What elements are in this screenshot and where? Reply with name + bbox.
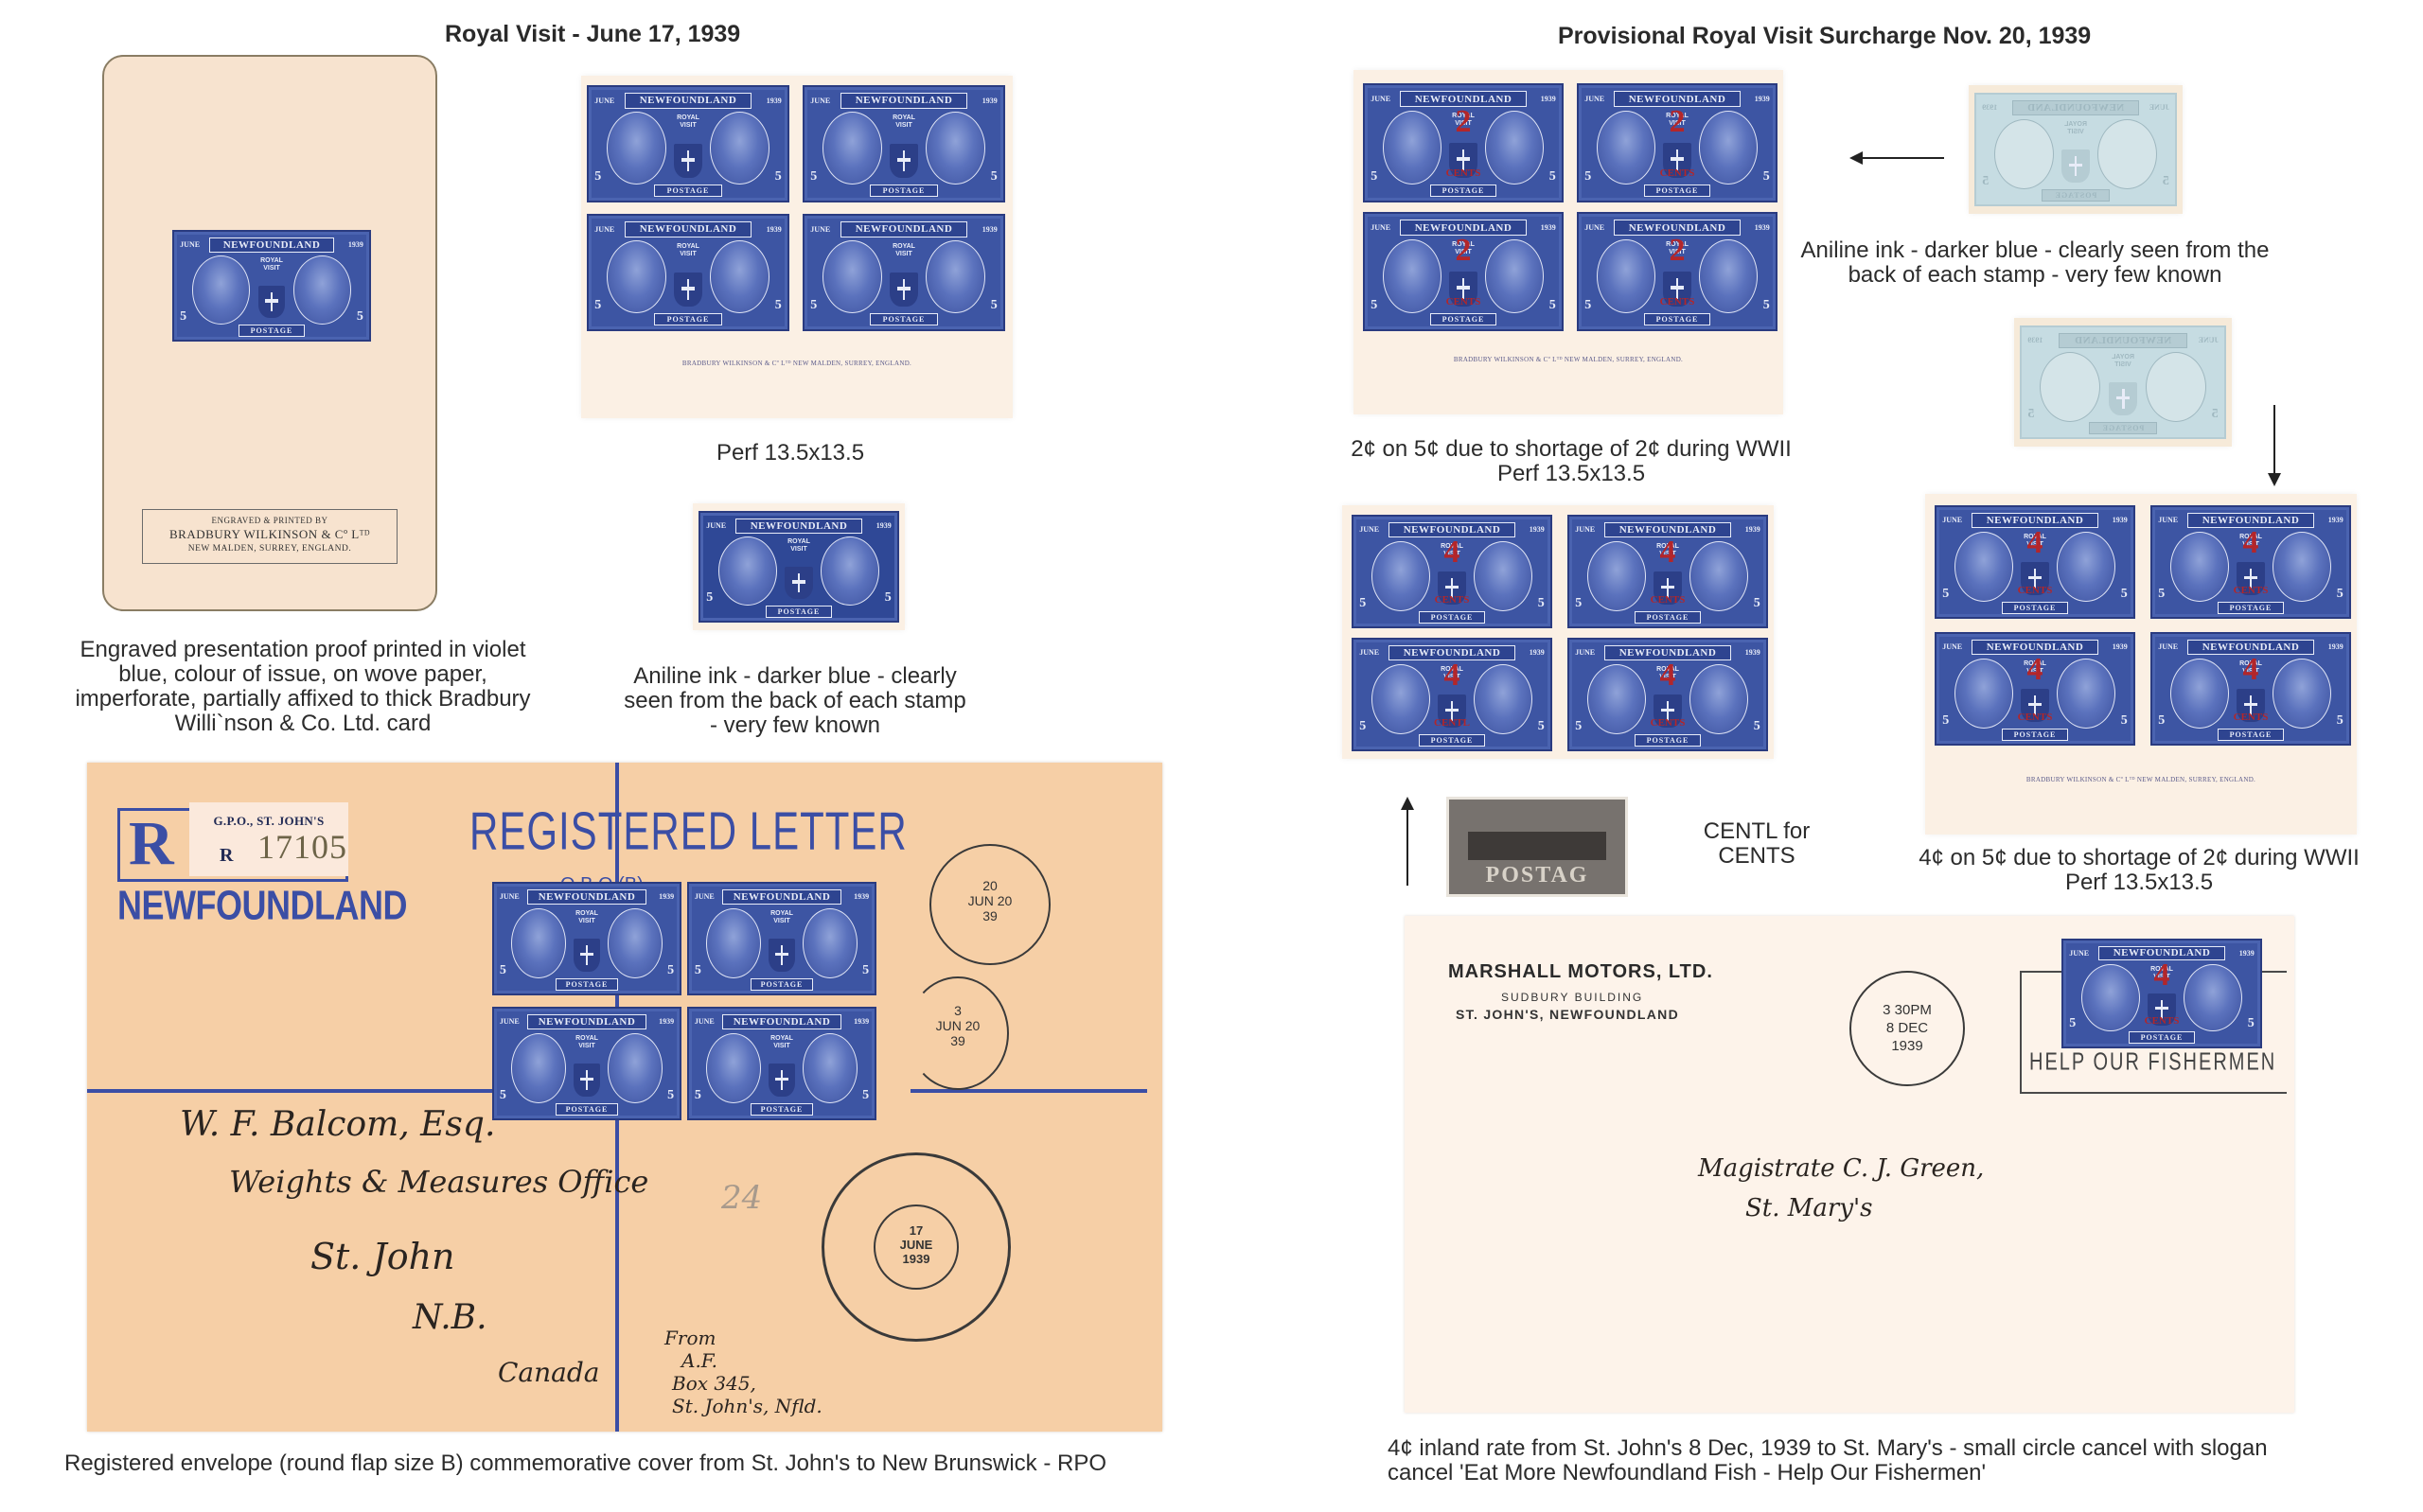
king-portrait [710,240,769,313]
coat-of-arms-icon [574,1064,599,1097]
plate-imprint: BRADBURY WILKINSON & Cº Lᵀᴰ NEW MALDEN, … [581,360,1013,367]
stamp-royal-visit: ROYALVISIT [668,243,708,258]
stamp-month: JUNE [695,892,715,901]
stamp: NEWFOUNDLANDJUNE1939ROYALVISITPOSTAGE554… [1567,638,1768,751]
stamp-postage: POSTAGE [556,1103,619,1116]
stamp-postage: POSTAGE [2002,602,2069,614]
stamp: NEWFOUNDLANDJUNE1939ROYALVISITPOSTAGE552… [1577,212,1777,331]
surcharge-word: CENTS [1635,594,1702,606]
stamp-year: 1939 [1530,648,1545,657]
stamp-year: 1939 [854,892,869,901]
stamp-country: NEWFOUNDLAND [527,889,646,905]
plate-block-4c-surcharge: NEWFOUNDLANDJUNE1939ROYALVISITPOSTAGE554… [1925,494,2357,835]
stamp-year: 1939 [1745,648,1760,657]
envelope-country: NEWFOUNDLAND [117,882,407,929]
coat-of-arms-icon [2109,382,2137,415]
stamp-year: 1939 [1755,223,1770,232]
stamp-postage: POSTAGE [870,313,937,325]
surcharge-word: CENTS [1430,167,1497,179]
stamp-value: 5 [1942,587,1949,602]
stamp-year: 1939 [348,240,363,249]
king-portrait [926,112,985,185]
stamp-country: NEWFOUNDLAND [2059,333,2188,348]
king-portrait [2040,352,2100,422]
stamp-value: 5 [2027,407,2034,422]
king-portrait [926,240,985,313]
stamp-value: 5 [1371,298,1377,313]
plate-block-2c-surcharge: NEWFOUNDLANDJUNE1939ROYALVISITPOSTAGE552… [1353,70,1783,414]
stamp-year: 1939 [1541,223,1556,232]
queen-portrait [706,1033,762,1103]
stamp-month: JUNE [1942,642,1962,651]
stamp: NEWFOUNDLANDJUNE1939ROYALVISITPOSTAGE554… [2150,505,2351,619]
sender-city: ST. JOHN'S, NEWFOUNDLAND [1456,1007,1679,1022]
stamp-country: NEWFOUNDLAND [840,93,967,109]
stamp-value: 5 [2248,1016,2255,1031]
stamp-postage: POSTAGE [2002,729,2069,741]
stamp-year: 1939 [1530,525,1545,534]
queen-portrait [2146,352,2206,422]
stamp-month: JUNE [706,521,726,530]
stamp: NEWFOUNDLANDJUNE1939ROYALVISITPOSTAGE55 [687,1007,876,1120]
king-portrait [608,908,663,978]
stamp-postage: POSTAGE [1635,611,1702,624]
stamp-year: 1939 [2328,516,2343,524]
stamp-year: 1939 [659,1017,674,1026]
stamp-postage: POSTAGE [556,978,619,991]
centl-error-enlargement: POSTAG [1446,797,1628,897]
stamp-country: NEWFOUNDLAND [840,221,967,237]
stamp-month: JUNE [594,97,614,105]
stamp-royal-visit: ROYALVISIT [2056,121,2096,136]
king-portrait [710,112,769,185]
block-4c-centl-error: NEWFOUNDLANDJUNE1939ROYALVISITPOSTAGE554… [1342,505,1774,759]
stamp-country: NEWFOUNDLAND [735,519,861,534]
aniline-stamp-back: NEWFOUNDLANDJUNE1939ROYALVISITPOSTAGE55 [1969,85,2183,214]
stamp-value: 5 [1549,298,1556,313]
stamp-value: 5 [1538,596,1545,611]
section-title-surcharge: Provisional Royal Visit Surcharge Nov. 2… [1558,23,2091,50]
centl-overprint-detail [1468,832,1606,860]
stamp-month: JUNE [810,97,830,105]
stamp-month: JUNE [500,892,520,901]
stamp-postage: POSTAGE [1430,313,1497,325]
block-2c-caption: 2¢ on 5¢ due to shortage of 2¢ during WW… [1306,437,1836,486]
address-line: N.B. [413,1298,487,1337]
stamp-month: JUNE [1575,525,1595,534]
stamp-value: 5 [1371,169,1377,185]
stamp-value: 5 [2121,713,2128,729]
stamp-value: 5 [500,1088,506,1103]
stamp-month: JUNE [1575,648,1595,657]
stamp: NEWFOUNDLANDJUNE1939ROYALVISITPOSTAGE55 [587,214,789,331]
stamp-value: 5 [2337,713,2343,729]
surcharge-value: 4 [2015,654,2055,686]
stamp-month: JUNE [1359,648,1379,657]
stamp: NEWFOUNDLANDJUNE1939ROYALVISITPOSTAGE554… [1567,515,1768,628]
stamp: NEWFOUNDLANDJUNE1939ROYALVISITPOSTAGE554… [2150,632,2351,746]
stamp-value: 5 [695,963,701,978]
stamp-royal-visit: ROYALVISIT [668,114,708,130]
stamp-month: JUNE [1371,95,1390,103]
stamp-year: 1939 [2027,336,2043,344]
stamp-postage: POSTAGE [2218,729,2285,741]
stamp-centl-error: NEWFOUNDLANDJUNE1939ROYALVISITPOSTAGE554… [1352,638,1552,751]
enlargement-postage-text: POSTAG [1449,863,1625,888]
imprint-line-3: NEW MALDEN, SURREY, ENGLAND. [143,544,397,554]
stamp-year: 1939 [2113,516,2128,524]
stamp-postage: POSTAGE [2129,1031,2196,1043]
stamp: NEWFOUNDLANDJUNE1939ROYALVISITPOSTAGE554… [1352,515,1552,628]
stamp-postage: POSTAGE [1635,734,1702,747]
surcharge-value: 4 [1648,659,1688,692]
surcharge-value: 2 [1657,106,1697,138]
stamp-value: 5 [991,298,998,313]
address-line: Canada [498,1357,599,1388]
stamp-postage: POSTAGE [870,185,937,197]
commemorative-cancel-inner: 17 JUNE 1939 [874,1204,959,1290]
aniline-stamp-back: NEWFOUNDLANDJUNE1939ROYALVISITPOSTAGE55 [2014,318,2232,447]
stamp-year: 1939 [1745,525,1760,534]
stamp-royal-visit: ROYALVISIT [568,910,605,925]
coat-of-arms-icon [769,939,794,972]
envelope-rule-horizontal [87,1089,522,1093]
surcharge-value: 2 [1443,235,1483,267]
recipient-line: St. Mary's [1745,1194,1873,1222]
surcharge-word: CENTS [1430,296,1497,308]
stamp-royal-visit: ROYALVISIT [779,538,819,554]
stamp-postage: POSTAGE [1419,734,1486,747]
stamp-year: 1939 [1982,103,1997,112]
coat-of-arms-icon [890,273,917,307]
stamp-value: 5 [1575,596,1582,611]
stamp-value: 5 [1359,719,1366,734]
imprint-line-2: BRADBURY WILKINSON & Cº Lᵀᴰ [143,527,397,542]
stamp-value: 5 [2069,1016,2076,1031]
stamp-month: JUNE [2158,516,2178,524]
coat-of-arms-icon [258,286,286,318]
presentation-proof-card: NEWFOUNDLANDJUNE1939ROYALVISITPOSTAGE55 … [102,55,437,611]
stamp-back: NEWFOUNDLANDJUNE1939ROYALVISITPOSTAGE55 [2020,325,2226,439]
postmark-st-johns: 3 30PM 8 DEC 1939 [1849,971,1965,1086]
pencil-note: 24 [721,1179,762,1217]
stamp-postage: POSTAGE [1644,185,1711,197]
surcharge-value: 4 [2142,959,2182,992]
stamp-month: JUNE [1942,516,1962,524]
coat-of-arms-icon [2061,149,2089,183]
envelope-rule-horizontal [911,1089,1147,1093]
stamp-postage: POSTAGE [1419,611,1486,624]
stamp-value: 5 [2158,713,2165,729]
stamp: NEWFOUNDLANDJUNE1939ROYALVISITPOSTAGE554… [1935,505,2135,619]
surcharge-word: CENTS [2129,1015,2196,1027]
stamp-value: 5 [1982,174,1989,189]
stamp-year: 1939 [876,521,892,530]
queen-portrait [607,112,666,185]
stamp-royal-visit: ROYALVISIT [568,1035,605,1050]
stamp-postage: POSTAGE [2218,602,2285,614]
stamp-royal-visit: ROYALVISIT [252,257,291,273]
surcharge-value: 4 [2231,654,2271,686]
imprint-line-1: ENGRAVED & PRINTED BY [143,516,397,525]
stamp-value: 5 [1584,298,1591,313]
stamp-month: JUNE [1584,223,1604,232]
stamp-postage: POSTAGE [2089,422,2158,434]
coat-of-arms-icon [890,144,917,178]
queen-portrait [511,908,567,978]
aniline-single-caption: Aniline ink - darker blue - clearly seen… [606,664,984,738]
stamp-value: 5 [1942,713,1949,729]
surcharge-word: CENTS [2002,585,2069,596]
stamp-back: NEWFOUNDLANDJUNE1939ROYALVISITPOSTAGE55 [1974,93,2177,206]
stamp-month: JUNE [1371,223,1390,232]
stamp-value: 5 [706,590,713,606]
stamp-month: JUNE [1359,525,1379,534]
stamp-value: 5 [594,169,601,185]
stamp-postage: POSTAGE [2042,189,2109,202]
queen-portrait [822,240,882,313]
stamp-month: JUNE [2158,642,2178,651]
stamp-value: 5 [2337,587,2343,602]
king-portrait [821,536,879,606]
stamp-country: NEWFOUNDLAND [527,1014,646,1029]
sender-company: MARSHALL MOTORS, LTD. [1448,961,1713,983]
stamp-postage: POSTAGE [1644,313,1711,325]
queen-portrait [511,1033,567,1103]
stamp-value: 5 [991,169,998,185]
surcharge-value: 4 [1648,536,1688,569]
stamp-postage: POSTAGE [751,1103,814,1116]
surcharge-word: CENTS [2218,585,2285,596]
stamp-country: NEWFOUNDLAND [722,1014,840,1029]
registered-cover-caption: Registered envelope (round flap size B) … [64,1451,1200,1476]
stamp-value: 5 [775,169,782,185]
surcharge-word: CENTS [1635,717,1702,729]
stamp: NEWFOUNDLANDJUNE1939ROYALVISITPOSTAGE55 [687,882,876,995]
stamp-value: 5 [2163,174,2169,189]
registration-big-r: R [129,813,174,875]
stamp-value: 5 [862,1088,869,1103]
stamp: NEWFOUNDLANDJUNE1939ROYALVISITPOSTAGE552… [1363,212,1564,331]
arrow-left-icon [1861,157,1944,159]
plate-imprint: BRADBURY WILKINSON & Cº Lᵀᴰ NEW MALDEN, … [1925,776,2357,783]
stamp-postage: POSTAGE [766,606,833,618]
stamp: NEWFOUNDLANDJUNE1939ROYALVISITPOSTAGE554… [1935,632,2135,746]
registration-number: 17105 [257,827,347,867]
king-portrait [803,1033,858,1103]
arrow-down-icon [2273,405,2275,475]
queen-portrait [706,908,762,978]
postmark-saint-john: 20 JUN 20 39 [929,844,1051,965]
stamp-country: NEWFOUNDLAND [722,889,840,905]
stamp-month: JUNE [2069,949,2089,958]
commemorative-cancel: 17 JUNE 1939 [822,1152,1011,1342]
coat-of-arms-icon [574,939,599,972]
stamp-year: 1939 [659,892,674,901]
address-line: W. F. Balcom, Esq. [180,1105,495,1144]
queen-portrait [192,255,251,325]
stamp-year: 1939 [767,225,782,234]
printer-imprint-box: ENGRAVED & PRINTED BY BRADBURY WILKINSON… [142,509,398,564]
surcharge-value: 2 [1657,235,1697,267]
stamp-value: 5 [1763,169,1770,185]
stamp-value: 5 [1549,169,1556,185]
stamp: NEWFOUNDLANDJUNE1939ROYALVISITPOSTAGE554… [2061,939,2262,1048]
stamp-postage: POSTAGE [239,325,305,337]
plate-imprint: BRADBURY WILKINSON & Cº Lᵀᴰ NEW MALDEN, … [1353,356,1783,363]
stamp-postage: POSTAGE [751,978,814,991]
stamp-value: 5 [1359,596,1366,611]
stamp-postage: POSTAGE [1430,185,1497,197]
address-line: Weights & Measures Office [229,1164,648,1200]
surcharge-word: CENTS [2002,712,2069,723]
stamp-value: 5 [594,298,601,313]
surcharge-word: CENTS [1644,296,1711,308]
sender-building: SUDBURY BUILDING [1501,991,1643,1004]
king-portrait [803,908,858,978]
queen-portrait [822,112,882,185]
stamp-year: 1939 [2239,949,2255,958]
aniline-single-stamp: NEWFOUNDLANDJUNE1939ROYALVISITPOSTAGE55 [693,503,905,630]
stamp-value: 5 [775,298,782,313]
stamp-country: NEWFOUNDLAND [625,93,752,109]
postmark-halifax-rpo: 3 JUN 20 39 [907,976,1009,1090]
stamp-year: 1939 [982,225,998,234]
surcharge-value: 2 [1443,106,1483,138]
queen-portrait [607,240,666,313]
return-address: From A.F. Box 345, St. John's, Nfld. [664,1327,822,1417]
stamp: NEWFOUNDLANDJUNE1939ROYALVISITPOSTAGE55 [803,214,1005,331]
king-portrait [293,255,352,325]
proof-caption: Engraved presentation proof printed in v… [57,638,549,736]
stamp-value: 5 [1754,596,1760,611]
proof-stamp: NEWFOUNDLANDJUNE1939ROYALVISITPOSTAGE55 [172,230,371,342]
block-4c-caption: 4¢ on 5¢ due to shortage of 2¢ during WW… [1884,846,2395,895]
stamp-year: 1939 [1755,95,1770,103]
stamp-value: 5 [695,1088,701,1103]
plate-block-5c: NEWFOUNDLANDJUNE1939ROYALVISITPOSTAGE55 … [581,76,1013,418]
stamp-value: 5 [180,309,186,325]
stamp-value: 5 [2121,587,2128,602]
stamp-year: 1939 [982,97,998,105]
stamp-value: 5 [2158,587,2165,602]
coat-of-arms-icon [769,1064,794,1097]
registered-envelope: R G.P.O., ST. JOHN'S R 17105 NEWFOUNDLAN… [87,763,1162,1432]
slogan-cancel-text: HELP OUR FISHERMEN [2029,1049,2276,1078]
stamp-month: JUNE [2199,336,2219,344]
stamp-royal-visit: ROYALVISIT [763,1035,800,1050]
registration-label: G.P.O., ST. JOHN'S R 17105 [189,802,348,876]
stamp: NEWFOUNDLANDJUNE1939ROYALVISITPOSTAGE55 [492,882,681,995]
marshall-cover-caption: 4¢ inland rate from St. John's 8 Dec, 19… [1388,1436,2410,1486]
stamp-value: 5 [862,963,869,978]
stamp-year: 1939 [2328,642,2343,651]
stamp-value: 5 [357,309,363,325]
stamp-value: 5 [1584,169,1591,185]
surcharge-error-word: CENTL [1419,717,1486,729]
stamp-value: 5 [667,963,674,978]
stamp-royal-visit: ROYALVISIT [763,910,800,925]
stamp-postage: POSTAGE [654,185,721,197]
king-portrait [1994,119,2054,189]
stamp-year: 1939 [1541,95,1556,103]
stamp-month: JUNE [594,225,614,234]
stamp-value: 5 [1763,298,1770,313]
surcharge-value: 4 [1432,659,1472,692]
stamp-value: 5 [2212,407,2219,422]
address-line: St. John [310,1236,455,1277]
stamp-value: 5 [1538,719,1545,734]
surcharge-value: 4 [2015,527,2055,559]
stamp-month: JUNE [695,1017,715,1026]
stamp: NEWFOUNDLANDJUNE1939ROYALVISITPOSTAGE55 [492,1007,681,1120]
stamp-royal-visit: ROYALVISIT [2103,354,2144,369]
stamp-month: JUNE [500,1017,520,1026]
stamp-royal-visit: ROYALVISIT [884,243,924,258]
stamp-country: NEWFOUNDLAND [2012,100,2139,115]
aniline-backs-caption: Aniline ink - darker blue - clearly seen… [1789,238,2281,288]
stamp: NEWFOUNDLANDJUNE1939ROYALVISITPOSTAGE55 [587,85,789,202]
stamp-year: 1939 [2113,642,2128,651]
arrow-up-icon [1406,808,1408,886]
stamp-value: 5 [810,298,817,313]
registration-r: R [220,845,233,867]
stamp-month: JUNE [1584,95,1604,103]
section-title-royal-visit: Royal Visit - June 17, 1939 [445,21,740,48]
stamp-royal-visit: ROYALVISIT [884,114,924,130]
stamp: NEWFOUNDLANDJUNE1939ROYALVISITPOSTAGE552… [1363,83,1564,202]
stamp-value: 5 [500,963,506,978]
surcharge-word: CENTS [1419,594,1486,606]
stamp-value: 5 [810,169,817,185]
stamp-value: 5 [667,1088,674,1103]
envelope-heading: REGISTERED LETTER [469,800,908,862]
surcharge-value: 4 [2231,527,2271,559]
stamp: NEWFOUNDLANDJUNE1939ROYALVISITPOSTAGE55 [699,511,899,623]
stamp-month: JUNE [180,240,200,249]
coat-of-arms-icon [674,273,701,307]
coat-of-arms-icon [674,144,701,178]
surcharge-value: 4 [1432,536,1472,569]
surcharge-word: CENTS [2218,712,2285,723]
stamp-country: NEWFOUNDLAND [625,221,752,237]
stamp-month: JUNE [2149,103,2169,112]
stamp: NEWFOUNDLANDJUNE1939ROYALVISITPOSTAGE55 [803,85,1005,202]
king-portrait [608,1033,663,1103]
marshall-motors-cover: MARSHALL MOTORS, LTD. SUDBURY BUILDING S… [1405,916,2294,1413]
stamp-postage: POSTAGE [654,313,721,325]
recipient-line: Magistrate C. J. Green, [1698,1154,1984,1183]
stamp-year: 1939 [767,97,782,105]
stamp-month: JUNE [810,225,830,234]
queen-portrait [718,536,777,606]
plate-block-caption: Perf 13.5x13.5 [663,441,918,466]
stamp-value: 5 [1754,719,1760,734]
stamp-value: 5 [885,590,892,606]
centl-caption: CENTL for CENTS [1681,819,1832,869]
stamp: NEWFOUNDLANDJUNE1939ROYALVISITPOSTAGE552… [1577,83,1777,202]
surcharge-word: CENTS [1644,167,1711,179]
stamp-year: 1939 [854,1017,869,1026]
coat-of-arms-icon [785,567,812,599]
queen-portrait [2097,119,2157,189]
stamp-country: NEWFOUNDLAND [209,237,334,253]
stamp-value: 5 [1575,719,1582,734]
